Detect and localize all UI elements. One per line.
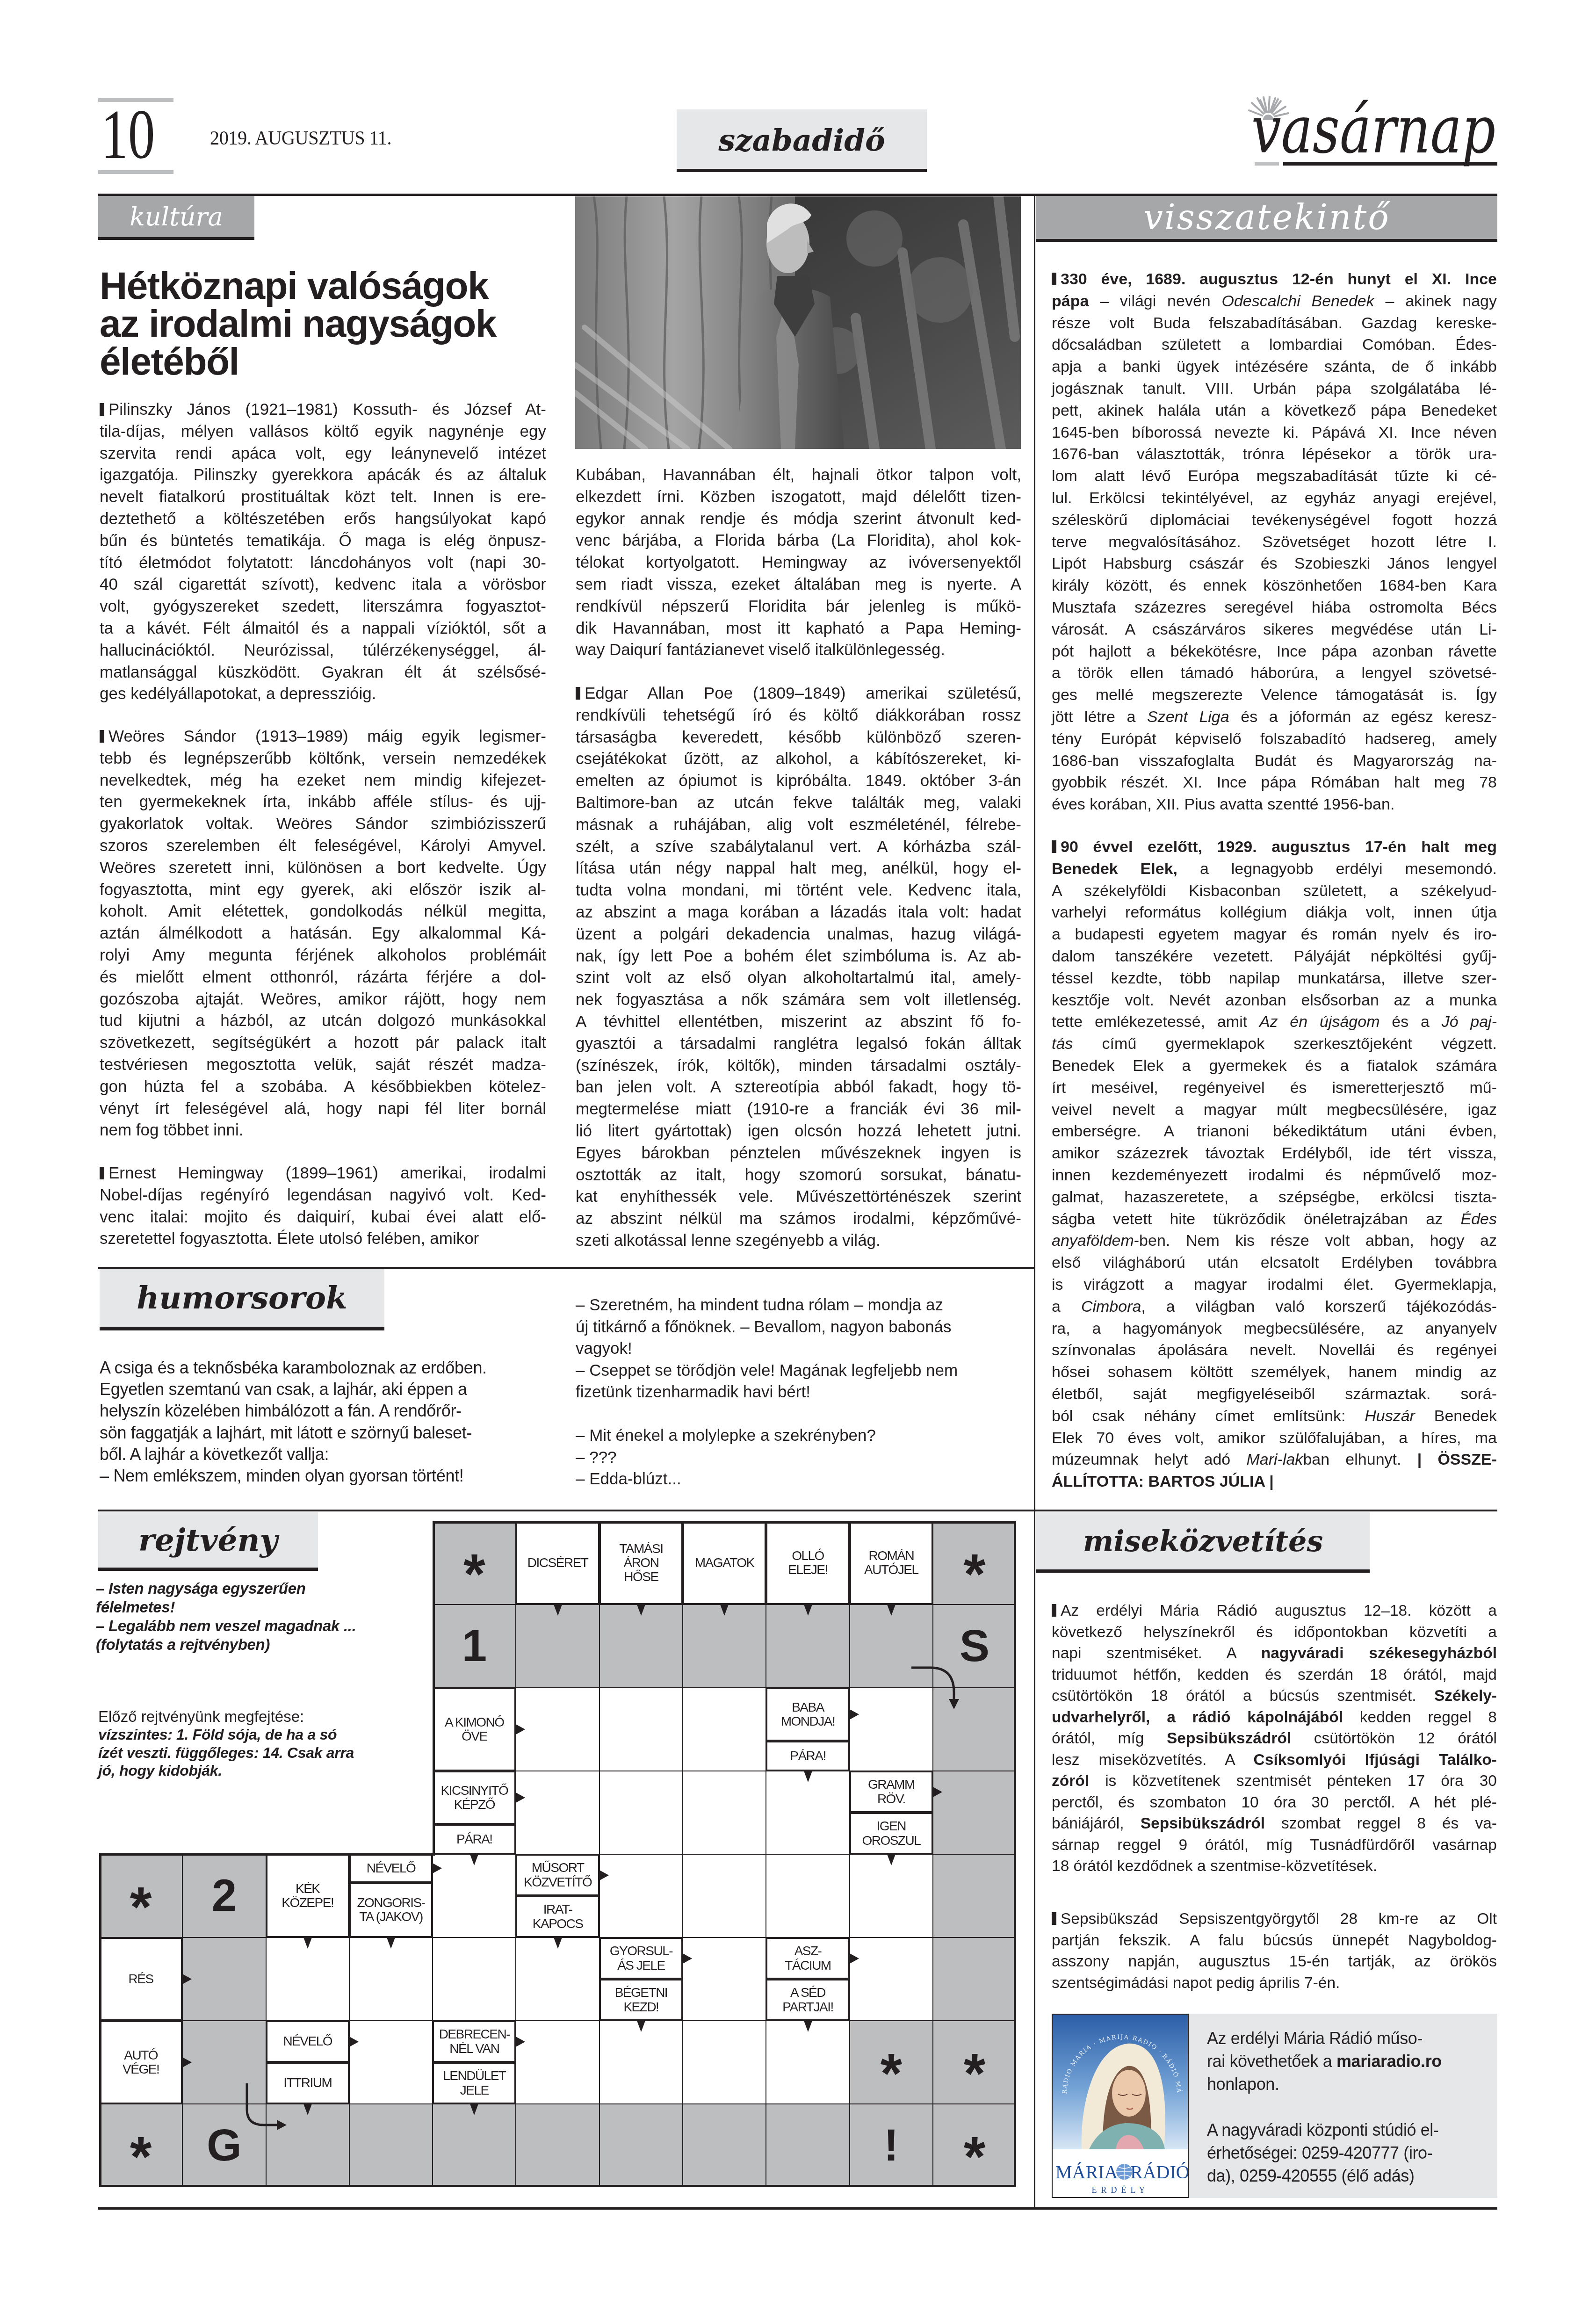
text-segment: hősei sohasem költött személyek, hanem m… bbox=[1052, 1363, 1497, 1381]
text-line: Sepsibükszád Sepsiszentgyörgytől 28 km-r… bbox=[1052, 1908, 1497, 1930]
text-line: Elek 70 éves volt, amikor szülőfalujában… bbox=[1052, 1427, 1497, 1449]
text-segment: gon húzta fel a szobába. A későbbiekben … bbox=[100, 1077, 546, 1096]
text-segment: szélt, a szíve szabálytalanul vert. A kó… bbox=[576, 838, 1021, 856]
text-segment: vagyok! bbox=[576, 1339, 632, 1358]
kultura-tab: kultúra bbox=[98, 196, 254, 240]
text-segment: galmat, hazaszeretete, a szépségbe, erkö… bbox=[1052, 1188, 1497, 1206]
text-line: A csiga és a teknősbéka karamboloznak az… bbox=[100, 1357, 556, 1379]
text-line: színvonalas ápolására nevelt. Novellái é… bbox=[1052, 1339, 1497, 1361]
joke-snail-turtle: A csiga és a teknősbéka karamboloznak az… bbox=[100, 1357, 556, 1487]
text-line: sárnap reggel 9 órától, míg Tusnádfürdőr… bbox=[1052, 1835, 1497, 1856]
text-segment: way Daiqurí fantázianevet viselő italkül… bbox=[576, 641, 945, 659]
text-segment: Mari-lak bbox=[1246, 1451, 1303, 1468]
text-segment: nagyváradi székesegyházból bbox=[1261, 1645, 1497, 1662]
text-segment: – Nem emlékszem, minden olyan gyorsan tö… bbox=[100, 1466, 464, 1485]
text-line: vagyok! bbox=[576, 1338, 1025, 1360]
paragraph-pilinszky: Pilinszky János (1921–1981) Kossuth- és … bbox=[100, 399, 546, 705]
text-line: csejátékokat űzött, az alkohol, a kábító… bbox=[576, 748, 1021, 770]
text-line: társaságba keveredett, később különböző … bbox=[576, 727, 1021, 749]
text-segment: innen kezdeményezett irodalmi és népműve… bbox=[1052, 1166, 1497, 1184]
text-segment: Székely- bbox=[1434, 1687, 1497, 1705]
text-segment: napi szentmiséket. A bbox=[1052, 1645, 1261, 1662]
text-line: ten gyermekeknek írta, inkább afféle stí… bbox=[100, 791, 546, 813]
text-segment: sem riadt vissza, ezeket általában meg i… bbox=[576, 575, 1021, 593]
text-segment: Pilinszky János (1921–1981) Kossuth- és … bbox=[108, 400, 546, 419]
text-segment: Egyes bárokban pénztelen művészeknek ing… bbox=[576, 1144, 1021, 1162]
text-segment: gyobbik részét. XI. Ince pápa Rómában ha… bbox=[1052, 773, 1497, 791]
text-segment: Csíksomlyói Ifjúsági Találko- bbox=[1254, 1751, 1497, 1769]
text-line: 90 évvel ezelőtt, 1929. augusztus 17-én … bbox=[1052, 836, 1497, 858]
text-line: koholt. Amit elétettek, gondolkodás nélk… bbox=[100, 901, 546, 923]
text-line: hallucinációktól. Neurózissal, túlérzéke… bbox=[100, 640, 546, 662]
text-segment: tud kijutni a házból, az utcán dolgozó m… bbox=[100, 1012, 546, 1030]
section-title-tab: szabadidő bbox=[677, 109, 927, 172]
text-segment: A nagyváradi központi stúdió el- bbox=[1207, 2120, 1439, 2139]
text-line: dőcsaládban született a lombardiai Comób… bbox=[1052, 334, 1497, 356]
text-segment: – ??? bbox=[576, 1448, 617, 1467]
text-line: 1676-ban választották, trónra lépésekor … bbox=[1052, 443, 1497, 465]
text-line: gon húzta fel a szobába. A későbbiekben … bbox=[100, 1076, 546, 1098]
text-line: ra, a hagyományok megbecsülésére, az any… bbox=[1052, 1318, 1497, 1340]
text-segment: ra, a hagyományok megbecsülésére, az any… bbox=[1052, 1320, 1497, 1337]
text-line: zóról is közvetítenek szentmisét pénteke… bbox=[1052, 1771, 1497, 1792]
text-line: da), 0259-420555 (élő adás) bbox=[1207, 2164, 1492, 2187]
humorsorok-tab: humorsorok bbox=[100, 1269, 384, 1330]
logo-subtitle: ERDÉLY bbox=[1091, 2185, 1149, 2195]
text-line: testvériesen megosztotta velük, saját ré… bbox=[100, 1054, 546, 1076]
maria-radio-info-box: RADIO MARIA · MARIJA RADIO · RÁDIÓ MÁRIA… bbox=[1052, 2014, 1497, 2198]
text-segment: gyakorlatok voltak. Weöres Sándor szimbi… bbox=[100, 815, 546, 833]
text-segment: igazgatója. Pilinszky gyerekkora apácák … bbox=[100, 466, 546, 484]
text-segment: szeretettel fogyasztotta. Élete utolsó f… bbox=[100, 1229, 479, 1248]
text-line: órától, míg Sepsibükszádról csütörtökön … bbox=[1052, 1728, 1497, 1749]
paragraph-poe: Edgar Allan Poe (1809–1849) amerikai szü… bbox=[576, 683, 1021, 1252]
text-line: tás című gyermeklapok szerkesztőjeként v… bbox=[1052, 1033, 1497, 1055]
text-line: múzeumnak helyt adó Mari-lakban elhunyt.… bbox=[1052, 1449, 1497, 1471]
text-segment: tila-díjas, mélyen vallásos költő egyik … bbox=[100, 422, 546, 441]
text-line: vényt írt feleségével alá, hogy napi fél… bbox=[100, 1098, 546, 1120]
paragraph-marker-icon bbox=[100, 403, 104, 416]
text-segment: vényt írt feleségével alá, hogy napi fél… bbox=[100, 1099, 546, 1118]
article-photo bbox=[575, 196, 1021, 449]
text-line: ből. A lajhár a következőt vallja: bbox=[100, 1444, 556, 1465]
text-line: gyakorlatok voltak. Weöres Sándor szimbi… bbox=[100, 813, 546, 835]
text-segment: ban jelen volt. A sztereotípia abból fak… bbox=[576, 1078, 1021, 1096]
text-segment: jött létre a bbox=[1052, 708, 1147, 726]
text-segment: udvarhelyről, a rádió kápolnájából bbox=[1052, 1709, 1343, 1726]
text-segment: varhelyi református kollégium diákja vol… bbox=[1052, 903, 1497, 921]
text-line: Musztafa százezres seregével hiába ostro… bbox=[1052, 597, 1497, 619]
paragraph-marker-icon bbox=[1052, 840, 1056, 853]
text-segment: Baltimore-ban az utcán fekve találták me… bbox=[576, 794, 1021, 812]
text-line: Benedek Elek a gyermekek és a fiatalok s… bbox=[1052, 1055, 1497, 1077]
text-segment: matlansággal küszködött. Gyakran élt át … bbox=[100, 663, 546, 681]
text-segment: a bbox=[1052, 1298, 1081, 1315]
text-segment: osztották az italt, hogy szomorú sorsuka… bbox=[576, 1166, 1021, 1184]
text-line: Ernest Hemingway (1899–1961) amerikai, i… bbox=[100, 1163, 546, 1185]
text-segment: szoros szerelemben élt feleségével, Káro… bbox=[100, 837, 546, 855]
text-segment: koholt. Amit elétettek, gondolkodás nélk… bbox=[100, 902, 546, 920]
text-segment: szombat reggel 8 és va- bbox=[1265, 1815, 1497, 1832]
text-segment: Huszár bbox=[1365, 1407, 1415, 1425]
text-line: bániájáról, Sepsibükszádról szombat regg… bbox=[1052, 1813, 1497, 1835]
text-line: Az erdélyi Mária Rádió augusztus 12–18. … bbox=[1052, 1600, 1497, 1622]
text-line: jogásznak tanult. VIII. Urbán pápa szolg… bbox=[1052, 378, 1497, 400]
paragraph-marker-icon bbox=[100, 730, 104, 743]
text-line: lió litert gyártottak) igen olcsón hozzá… bbox=[576, 1120, 1021, 1142]
text-line: bűn és büntetés tematikája. Ő maga is el… bbox=[100, 530, 546, 552]
text-segment: gozószoba ajtaját. Weöres, amikor rájött… bbox=[100, 990, 546, 1008]
text-segment: sön faggatják a lajhárt, mit látott e sz… bbox=[100, 1423, 472, 1442]
text-segment: rendkívül népszerű Floridita bár jelenle… bbox=[576, 597, 1021, 615]
text-line: aztán álmélkodott a hatásán. Egy alkalom… bbox=[100, 923, 546, 945]
text-segment: ságba vetett hite tükröződik önéletrajzá… bbox=[1052, 1210, 1461, 1228]
text-segment: 1645-ben bíborossá nevezte ki. Pápává XI… bbox=[1052, 424, 1497, 441]
text-line: következő helyszínekről és időpontokban … bbox=[1052, 1622, 1497, 1643]
paragraph-ince-papa: 330 éve, 1689. augusztus 12-én hunyt el … bbox=[1052, 268, 1497, 816]
text-segment: Benedek bbox=[1415, 1407, 1497, 1425]
text-line: csütörtökön 18 órától a búcsús szentmisé… bbox=[1052, 1685, 1497, 1707]
text-segment: terve megvalósításához. Szövetséget hozo… bbox=[1052, 533, 1497, 551]
text-segment: sárnap reggel 9 órától, míg Tusnádfürdőr… bbox=[1052, 1836, 1497, 1854]
text-segment: az abszint nélkül ma számos irodalmi, ké… bbox=[576, 1209, 1021, 1228]
text-line: nem fog többet inni. bbox=[100, 1120, 546, 1142]
text-line: egykor annak rendje és módja szerint átv… bbox=[576, 508, 1021, 530]
text-line: tudta volna mondani, mi történt vele. Ke… bbox=[576, 880, 1021, 902]
text-line: way Daiqurí fantázianevet viselő italkül… bbox=[576, 639, 1021, 661]
headline-line: az irodalmi nagyságok bbox=[100, 305, 546, 343]
text-line: szövetkezett, segítségükért a hozott pár… bbox=[100, 1032, 546, 1054]
text-line: – Mit énekel a molylepke a szekrényben? bbox=[576, 1425, 1025, 1447]
text-segment: anyaföldem bbox=[1052, 1232, 1134, 1250]
text-line: udvarhelyről, a rádió kápolnájából kedde… bbox=[1052, 1707, 1497, 1728]
text-segment: nevelkedtek, még ha ezeket nem mindig ki… bbox=[100, 771, 546, 789]
kultura-tab-label: kultúra bbox=[130, 202, 223, 231]
text-segment: emberségre. A trianoni békediktátum után… bbox=[1052, 1122, 1497, 1140]
text-line: télokat kortyolgatott. Hemingway az ivóv… bbox=[576, 552, 1021, 574]
text-segment: helyszín közelében himbálózott a fán. A … bbox=[100, 1401, 462, 1420]
text-segment: 1686-ban visszafoglalta Budát és Magyaro… bbox=[1052, 752, 1497, 770]
text-segment: tudta volna mondani, mi történt vele. Ke… bbox=[576, 881, 1021, 899]
text-segment: Benedek Elek a gyermekek és a fiatalok s… bbox=[1052, 1057, 1497, 1075]
text-line: tító életmódot folytatott: láncdohányos … bbox=[100, 552, 546, 574]
text-segment: lió litert gyártottak) igen olcsón hozzá… bbox=[576, 1122, 1021, 1140]
text-segment: nem fog többet inni. bbox=[100, 1121, 243, 1139]
text-segment: – Edda-blúzt... bbox=[576, 1470, 681, 1488]
crossword-grid: * DICSÉRET TAMÁSI ÁRON HŐSE MAGATOK OLLÓ… bbox=[99, 1521, 1016, 2187]
visszatekinto-tab: visszatekintő bbox=[1036, 196, 1497, 242]
text-line: lom alatt lévő Európa megszabadítását tű… bbox=[1052, 465, 1497, 487]
text-segment: elkezdett írni. Közben iszogatott, majd … bbox=[576, 488, 1021, 506]
text-segment: tebb és legnépszerűbb költőnk, versein n… bbox=[100, 749, 546, 767]
text-line: dik Havannában, most itt kapható a Papa … bbox=[576, 618, 1021, 640]
text-line: fizetünk tizenharmadik havi bért! bbox=[576, 1381, 1025, 1403]
text-line: a török ellen támadó háborúra, a lengyel… bbox=[1052, 662, 1497, 684]
logo-title-left: MÁRIA bbox=[1055, 2161, 1118, 2183]
paragraph-sepsibukszad: Sepsibükszád Sepsiszentgyörgytől 28 km-r… bbox=[1052, 1908, 1497, 1994]
rule-puzzle bbox=[98, 1510, 1497, 1511]
text-line: tud kijutni a házból, az utcán dolgozó m… bbox=[100, 1010, 546, 1032]
text-segment: pápa bbox=[1052, 292, 1089, 310]
text-segment: csütörtökön 12 órától bbox=[1291, 1730, 1497, 1747]
text-line: 18 órától kezdődnek a szentmise-közvetít… bbox=[1052, 1856, 1497, 1877]
text-line: nevelkedtek, még ha ezeket nem mindig ki… bbox=[100, 770, 546, 792]
text-line: – ??? bbox=[576, 1447, 1025, 1469]
text-line: helyszín közelében himbálózott a fán. A … bbox=[100, 1400, 556, 1422]
text-line: a budapesti egyetem magyar és román nyel… bbox=[1052, 924, 1497, 946]
info-text-panel: Az erdélyi Mária Rádió műso-rai követhet… bbox=[1189, 2014, 1497, 2198]
text-segment: bániájáról, bbox=[1052, 1815, 1141, 1832]
text-line: Lipót Habsburg császár és Szobieszki Ján… bbox=[1052, 553, 1497, 575]
text-line: A tévhittel ellentétben, miszerint az ab… bbox=[576, 1011, 1021, 1033]
text-segment: Édes bbox=[1461, 1210, 1497, 1228]
text-segment: venc bárjába, a Florida bárba (La Florid… bbox=[576, 531, 1021, 549]
text-segment: Cimbora bbox=[1081, 1298, 1141, 1315]
text-segment: éves korában, XII. Pius avatta szentté 1… bbox=[1052, 795, 1394, 813]
text-segment: csejátékokat űzött, az alkohol, a kábító… bbox=[576, 750, 1021, 768]
text-segment: dalom tanszékére vezetett. Pályáját népk… bbox=[1052, 947, 1497, 965]
column-rule-vertical bbox=[1034, 194, 1035, 2209]
text-line: gozószoba ajtaját. Weöres, amikor rájött… bbox=[100, 989, 546, 1011]
text-segment: ta a kávét. Félt álmaitól és a nappali v… bbox=[100, 619, 546, 637]
text-segment: aztán álmélkodott a hatásán. Egy alkalom… bbox=[100, 924, 546, 942]
text-line: 1686-ban visszafoglalta Budát és Magyaro… bbox=[1052, 750, 1497, 772]
text-segment: partján fekszik. A falu búcsús ünnepét N… bbox=[1052, 1932, 1497, 1949]
text-segment: ból csak néhány címet említsünk: bbox=[1052, 1407, 1365, 1425]
text-segment: deztethető a költészetében erős hangsúly… bbox=[100, 510, 546, 528]
article-headline: Hétköznapi valóságok az irodalmi nagyság… bbox=[100, 267, 546, 381]
maria-radio-logo-image: RADIO MARIA · MARIJA RADIO · RÁDIÓ MÁRIA… bbox=[1052, 2014, 1189, 2198]
text-segment: kesztője volt. Nevét azonban elsősorban … bbox=[1052, 991, 1497, 1009]
text-line: kat enyhíthessék vele. Művészettörténész… bbox=[576, 1186, 1021, 1208]
paragraph-marker-icon bbox=[1052, 273, 1056, 285]
text-segment: da), 0259-420555 (élő adás) bbox=[1207, 2166, 1415, 2185]
text-segment: ÁLLÍTOTTA: BARTOS JÚLIA | bbox=[1052, 1473, 1274, 1490]
paragraph-hemingway-continued: Kubában, Havannában élt, hajnali ötkor t… bbox=[576, 464, 1021, 661]
text-segment: Egyetlen szemtanú van csak, a lajhár, ak… bbox=[100, 1380, 467, 1399]
text-line: érhetőségei: 0259-420777 (iro- bbox=[1207, 2141, 1492, 2164]
paragraph-marker-icon bbox=[1052, 1912, 1056, 1925]
text-segment: ges kedélyállapotokat, a depresszióig. bbox=[100, 685, 376, 703]
text-segment: Az erdélyi Mária Rádió műso- bbox=[1207, 2029, 1423, 2048]
text-segment: apja a banki ügyek intézésére szánta, de… bbox=[1052, 358, 1497, 376]
text-line: új titkárnő a főnöknek. – Bevallom, nagy… bbox=[576, 1316, 1025, 1338]
text-line: ból csak néhány címet említsünk: Huszár … bbox=[1052, 1405, 1497, 1427]
paragraph-weores: Weöres Sándor (1913–1989) máig egyik leg… bbox=[100, 726, 546, 1142]
text-segment: Weöres Sándor (1913–1989) máig egyik leg… bbox=[108, 727, 546, 745]
text-line: gyobbik részét. XI. Ince pápa Rómában ha… bbox=[1052, 772, 1497, 794]
text-segment: ges mellé megszerezte Velence támogatásá… bbox=[1052, 686, 1497, 704]
text-line: 330 éve, 1689. augusztus 12-én hunyt el … bbox=[1052, 268, 1497, 290]
text-line: 40 szál cigarettát szívott), kedvenc ita… bbox=[100, 574, 546, 596]
text-segment: színvonalas ápolására nevelt. Novellái é… bbox=[1052, 1341, 1497, 1359]
text-segment: 90 évvel ezelőtt, 1929. augusztus 17-én … bbox=[1061, 838, 1497, 856]
text-line: emelten az ópiumot is kipróbálta. 1849. … bbox=[576, 770, 1021, 792]
text-line: városát. A császárváros sikeres megvédés… bbox=[1052, 619, 1497, 641]
text-segment: Sepsibükszád Sepsiszentgyörgytől 28 km-r… bbox=[1061, 1910, 1497, 1928]
text-segment: tás bbox=[1052, 1035, 1073, 1053]
text-segment: – Cseppet se törődjön vele! Magának legf… bbox=[576, 1361, 958, 1380]
text-line: szervita rendi apáca volt, egy leányneve… bbox=[100, 443, 546, 465]
text-segment: hallucinációktól. Neurózissal, túlérzéke… bbox=[100, 641, 546, 659]
text-segment: király között, és ennek köszönhetően 168… bbox=[1052, 577, 1497, 594]
text-segment: a budapesti egyetem magyar és román nyel… bbox=[1052, 925, 1497, 943]
text-segment: egykor annak rendje és módja szerint átv… bbox=[576, 510, 1021, 528]
text-line: éves korában, XII. Pius avatta szentté 1… bbox=[1052, 794, 1497, 816]
text-segment: ből. A lajhár a következőt vallja: bbox=[100, 1445, 329, 1464]
joke-secretary-moth: – Szeretném, ha mindent tudna rólam – mo… bbox=[576, 1294, 1025, 1490]
text-segment: A tévhittel ellentétben, miszerint az ab… bbox=[576, 1012, 1021, 1031]
text-segment: is virágzott a magyar irodalmi élet. Gye… bbox=[1052, 1276, 1497, 1294]
text-segment: nek fogyasztása a nők számára sem volt i… bbox=[576, 990, 1021, 1009]
curved-arrow-icon bbox=[99, 1521, 1016, 2187]
text-line: Az erdélyi Mária Rádió műso- bbox=[1207, 2027, 1492, 2050]
text-segment: lom alatt lévő Európa megszabadítását tű… bbox=[1052, 467, 1497, 485]
text-segment: Az erdélyi Mária Rádió augusztus 12–18. … bbox=[1061, 1602, 1497, 1619]
text-segment: és a bbox=[1379, 1013, 1441, 1031]
text-line: szint volt az első olyan alkoholtartalmú… bbox=[576, 967, 1021, 989]
text-line: veivel nevelt a magyar múlt megbecsülésé… bbox=[1052, 1099, 1497, 1121]
text-line: elkezdett írni. Közben iszogatott, majd … bbox=[576, 486, 1021, 508]
text-line: honlapon. bbox=[1207, 2073, 1492, 2096]
text-line: ges mellé megszerezte Velence támogatásá… bbox=[1052, 684, 1497, 706]
issue-date: 2019. AUGUSZTUS 11. bbox=[210, 129, 391, 148]
text-segment: tító életmódot folytatott: láncdohányos … bbox=[100, 554, 546, 572]
text-line: hősei sohasem költött személyek, hanem m… bbox=[1052, 1361, 1497, 1383]
text-segment: – világi nevén bbox=[1089, 292, 1221, 310]
text-segment: Lipót Habsburg császár és Szobieszki Ján… bbox=[1052, 555, 1497, 572]
text-segment: városát. A császárváros sikeres megvédés… bbox=[1052, 621, 1497, 638]
text-segment: lítása után négy nappal halt meg, anélkü… bbox=[576, 859, 1021, 877]
headline-line: életéből bbox=[100, 343, 546, 381]
text-segment: Edgar Allan Poe (1809–1849) amerikai szü… bbox=[585, 684, 1021, 702]
text-segment bbox=[1207, 2097, 1212, 2117]
text-segment: -ben. Nem kis része volt abban, hogy az bbox=[1134, 1232, 1497, 1250]
text-segment: kedden reggel 8 bbox=[1343, 1709, 1497, 1726]
text-line: ges kedélyállapotokat, a depresszióig. bbox=[100, 683, 546, 705]
text-segment: lesz miseközvetítés. A bbox=[1052, 1751, 1254, 1769]
paragraph-mass-schedule: Az erdélyi Mária Rádió augusztus 12–18. … bbox=[1052, 1600, 1497, 1877]
text-segment: Jó paj- bbox=[1442, 1013, 1497, 1031]
text-segment: pett, akinek halála után a következő páp… bbox=[1052, 402, 1497, 419]
text-segment: dik Havannában, most itt kapható a Papa … bbox=[576, 619, 1021, 637]
text-segment bbox=[576, 1405, 580, 1423]
text-segment: a legnagyobb erdélyi mesemondó. bbox=[1177, 860, 1497, 878]
text-line: A nagyváradi központi stúdió el- bbox=[1207, 2118, 1492, 2141]
paragraph-marker-icon bbox=[100, 1167, 104, 1179]
text-segment: múzeumnak helyt adó bbox=[1052, 1451, 1246, 1468]
text-line: üzent a polgári dekadencia unalmas, hazu… bbox=[576, 924, 1021, 946]
text-line: az abszint a maga korában a lázadás ital… bbox=[576, 902, 1021, 924]
visszatekinto-tab-label: visszatekintő bbox=[1143, 197, 1390, 238]
text-segment: fogyasztotta, mint egy gyerek, aki elősz… bbox=[100, 881, 546, 899]
text-line: nak, így lett Poe a bohém élet szimbólum… bbox=[576, 946, 1021, 968]
text-segment: Nobel-díjas regényíró legendásan nagyivó… bbox=[100, 1186, 546, 1204]
text-line: lesz miseközvetítés. A Csíksomlyói Ifjús… bbox=[1052, 1749, 1497, 1771]
text-segment: nak, így lett Poe a bohém élet szimbólum… bbox=[576, 947, 1021, 965]
text-line: – Nem emlékszem, minden olyan gyorsan tö… bbox=[100, 1465, 556, 1487]
text-line: tila-díjas, mélyen vallásos költő egyik … bbox=[100, 421, 546, 443]
text-line: szeti alkotással lenne szegényebb a vilá… bbox=[576, 1230, 1021, 1252]
text-line: tette emlékezetessé, amit Az én újságom … bbox=[1052, 1011, 1497, 1033]
text-segment: Kubában, Havannában élt, hajnali ötkor t… bbox=[576, 466, 1021, 484]
text-segment: bűn és büntetés tematikája. Ő maga is el… bbox=[100, 532, 546, 550]
misekozvetites-tab: miseközvetítés bbox=[1036, 1512, 1370, 1573]
text-line: rai követhetőek a mariaradio.ro bbox=[1207, 2050, 1492, 2073]
text-line: rendkívüli tehetségű író és költő diákko… bbox=[576, 705, 1021, 727]
text-segment: | ÖSSZE- bbox=[1417, 1451, 1497, 1468]
text-segment: veivel nevelt a magyar múlt megbecsülésé… bbox=[1052, 1101, 1497, 1119]
text-segment: ten gyermekeknek írta, inkább afféle stí… bbox=[100, 793, 546, 811]
section-title: szabadidő bbox=[718, 123, 885, 158]
text-line: a Cimbora, a világban való korszerű tájé… bbox=[1052, 1296, 1497, 1318]
text-line: emberségre. A trianoni békediktátum után… bbox=[1052, 1120, 1497, 1142]
text-line: írt meséivel, regényeivel és ismeretterj… bbox=[1052, 1077, 1497, 1099]
text-segment: csütörtökön 18 órától a búcsús szentmisé… bbox=[1052, 1687, 1434, 1705]
text-segment: érhetőségei: 0259-420777 (iro- bbox=[1207, 2143, 1432, 2162]
text-line: gyasztói a társadalmi ranglétra legalsó … bbox=[576, 1033, 1021, 1055]
headline-line: Hétköznapi valóságok bbox=[100, 267, 546, 305]
text-line: perctől, és szombaton 10 óra 30 perctől.… bbox=[1052, 1792, 1497, 1814]
text-segment: fizetünk tizenharmadik havi bért! bbox=[576, 1383, 810, 1401]
text-line: tebb és legnépszerűbb költőnk, versein n… bbox=[100, 748, 546, 770]
text-segment: társaságba keveredett, később különböző … bbox=[576, 728, 1021, 746]
text-segment: 1676-ban választották, trónra lépésekor … bbox=[1052, 445, 1497, 463]
text-line bbox=[1207, 2096, 1492, 2118]
text-segment: zóról bbox=[1052, 1772, 1089, 1790]
text-line: nevelt fiatalkorú prostituáltak közt tel… bbox=[100, 486, 546, 508]
text-line: király között, és ennek köszönhetően 168… bbox=[1052, 575, 1497, 597]
text-segment: Az én újságom bbox=[1259, 1013, 1380, 1031]
text-segment: 40 szál cigarettát szívott), kedvenc ita… bbox=[100, 575, 546, 593]
text-segment: másnak a ruhájában, alig volt eszméletén… bbox=[576, 816, 1021, 834]
text-line: rendkívül népszerű Floridita bár jelenle… bbox=[576, 596, 1021, 618]
text-segment: lul. Erkölcsi tekintélyével, az egyház a… bbox=[1052, 489, 1497, 507]
text-segment: a török ellen támadó háborúra, a lengyel… bbox=[1052, 664, 1497, 682]
text-line: rolyi Amy megunta férjének alkoholos pro… bbox=[100, 945, 546, 967]
text-line: matlansággal küszködött. Gyakran élt át … bbox=[100, 662, 546, 684]
text-segment: is közvetítenek szentmisét pénteken 17 ó… bbox=[1089, 1772, 1497, 1790]
text-line: innen kezdeményezett irodalmi és népműve… bbox=[1052, 1164, 1497, 1186]
text-line: szélt, a szíve szabálytalanul vert. A kó… bbox=[576, 836, 1021, 858]
text-segment: szint volt az első olyan alkoholtartalmú… bbox=[576, 968, 1021, 987]
text-line: téssel kezdte, több napilap munkatársa, … bbox=[1052, 968, 1497, 990]
text-line: jött létre a Szent Liga és a jóformán az… bbox=[1052, 706, 1497, 728]
newspaper-page: 10 2019. AUGUSZTUS 11. szabadidő vasárna… bbox=[0, 0, 1596, 2320]
text-line: pót hajlott a békekötésre, Ince pápa azo… bbox=[1052, 641, 1497, 663]
text-line: triduumot hétfőn, kedden és szerdán 18 ó… bbox=[1052, 1664, 1497, 1686]
text-segment: része volt Buda felszabadításában. Gazda… bbox=[1052, 314, 1497, 332]
text-line: – Edda-blúzt... bbox=[576, 1468, 1025, 1490]
text-line: széleskörű diplomáciai tevékenységével f… bbox=[1052, 509, 1497, 531]
text-segment: tette emlékezetessé, amit bbox=[1052, 1013, 1259, 1031]
text-line: anyaföldem-ben. Nem kis része volt abban… bbox=[1052, 1230, 1497, 1252]
paragraph-hemingway: Ernest Hemingway (1899–1961) amerikai, i… bbox=[100, 1163, 546, 1250]
text-segment: perctől, és szombaton 10 óra 30 perctől.… bbox=[1052, 1794, 1497, 1811]
text-segment: Musztafa százezres seregével hiába ostro… bbox=[1052, 599, 1497, 616]
text-line: része volt Buda felszabadításában. Gazda… bbox=[1052, 312, 1497, 334]
text-line: és mielőtt elment otthonról, rázárta fér… bbox=[100, 967, 546, 989]
text-segment: új titkárnő a főnöknek. – Bevallom, nagy… bbox=[576, 1318, 952, 1336]
text-line: ságba vetett hite tükröződik önéletrajzá… bbox=[1052, 1208, 1497, 1230]
text-segment: asszony napján, augusztus 15-én tartják,… bbox=[1052, 1953, 1497, 1970]
text-segment: pót hajlott a békekötésre, Ince pápa azo… bbox=[1052, 643, 1497, 660]
text-line: ban jelen volt. A sztereotípia abból fak… bbox=[576, 1077, 1021, 1099]
text-segment: széleskörű diplomáciai tevékenységével f… bbox=[1052, 511, 1497, 529]
text-segment: (színészek, írók, költők), minden társad… bbox=[576, 1056, 1021, 1075]
text-line: sön faggatják a lajhárt, mit látott e sz… bbox=[100, 1422, 556, 1444]
text-line: lul. Erkölcsi tekintélyével, az egyház a… bbox=[1052, 487, 1497, 509]
